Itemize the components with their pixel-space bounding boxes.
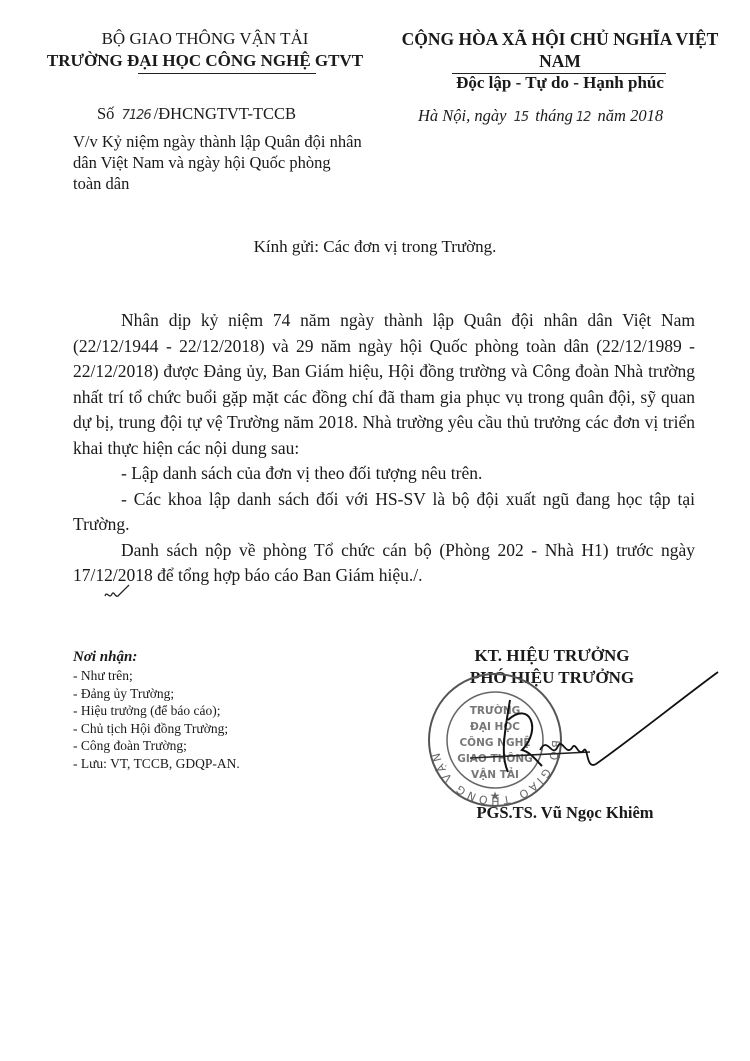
university-name: TRƯỜNG ĐẠI HỌC CÔNG NGHỆ GTVT — [40, 50, 370, 72]
recipient-item: - Như trên; — [73, 667, 240, 685]
date-month: 12 — [573, 110, 594, 125]
number-prefix: Số — [97, 104, 114, 123]
body-item-2: - Các khoa lập danh sách đối với HS-SV l… — [73, 487, 695, 538]
number-code: /ĐHCNGTVT-TCCB — [154, 104, 296, 123]
initials-mark-icon — [103, 582, 133, 604]
national-title: CỘNG HÒA XÃ HỘI CHỦ NGHĨA VIỆT NAM — [380, 28, 740, 72]
document-subject: V/v Kỷ niệm ngày thành lập Quân đội nhân… — [73, 131, 363, 194]
document-number: Số 7126/ĐHCNGTVT-TCCB — [97, 104, 296, 124]
document-date: Hà Nội, ngày 15 tháng12 năm 2018 — [418, 106, 663, 126]
recipient-item: - Đảng ủy Trường; — [73, 685, 240, 703]
greeting: Kính gửi: Các đơn vị trong Trường. — [0, 237, 750, 257]
ministry-name: BỘ GIAO THÔNG VẬN TẢI — [40, 28, 370, 50]
body-paragraph-2: Danh sách nộp về phòng Tổ chức cán bộ (P… — [73, 538, 695, 589]
national-motto: Độc lập - Tự do - Hạnh phúc — [380, 72, 740, 94]
recipients-title: Nơi nhận: — [73, 648, 240, 667]
recipient-item: - Hiệu trưởng (để báo cáo); — [73, 702, 240, 720]
handwritten-signature-icon — [470, 660, 730, 790]
svg-text:★: ★ — [490, 789, 501, 803]
body-item-1: - Lập danh sách của đơn vị theo đối tượn… — [73, 461, 695, 487]
header-ministry: BỘ GIAO THÔNG VẬN TẢI TRƯỜNG ĐẠI HỌC CÔN… — [40, 28, 370, 72]
document-body: Nhân dịp kỷ niệm 74 năm ngày thành lập Q… — [73, 308, 695, 589]
handwritten-number: 7126 — [119, 108, 154, 123]
date-year: năm 2018 — [598, 106, 664, 125]
date-month-label: tháng — [535, 106, 573, 125]
recipient-item: - Công đoàn Trường; — [73, 737, 240, 755]
body-paragraph-1: Nhân dịp kỷ niệm 74 năm ngày thành lập Q… — [73, 308, 695, 461]
recipient-item: - Chủ tịch Hội đồng Trường; — [73, 720, 240, 738]
header-national: CỘNG HÒA XÃ HỘI CHỦ NGHĨA VIỆT NAM Độc l… — [380, 28, 740, 94]
date-place: Hà Nội, ngày — [418, 106, 506, 125]
header-left-underline — [138, 73, 316, 74]
header-right-underline — [452, 73, 666, 74]
recipients-block: Nơi nhận: - Như trên; - Đảng ủy Trường; … — [73, 648, 240, 772]
recipient-item: - Lưu: VT, TCCB, GDQP-AN. — [73, 755, 240, 773]
date-day: 15 — [511, 110, 532, 125]
signer-name: PGS.TS. Vũ Ngọc Khiêm — [440, 803, 690, 823]
